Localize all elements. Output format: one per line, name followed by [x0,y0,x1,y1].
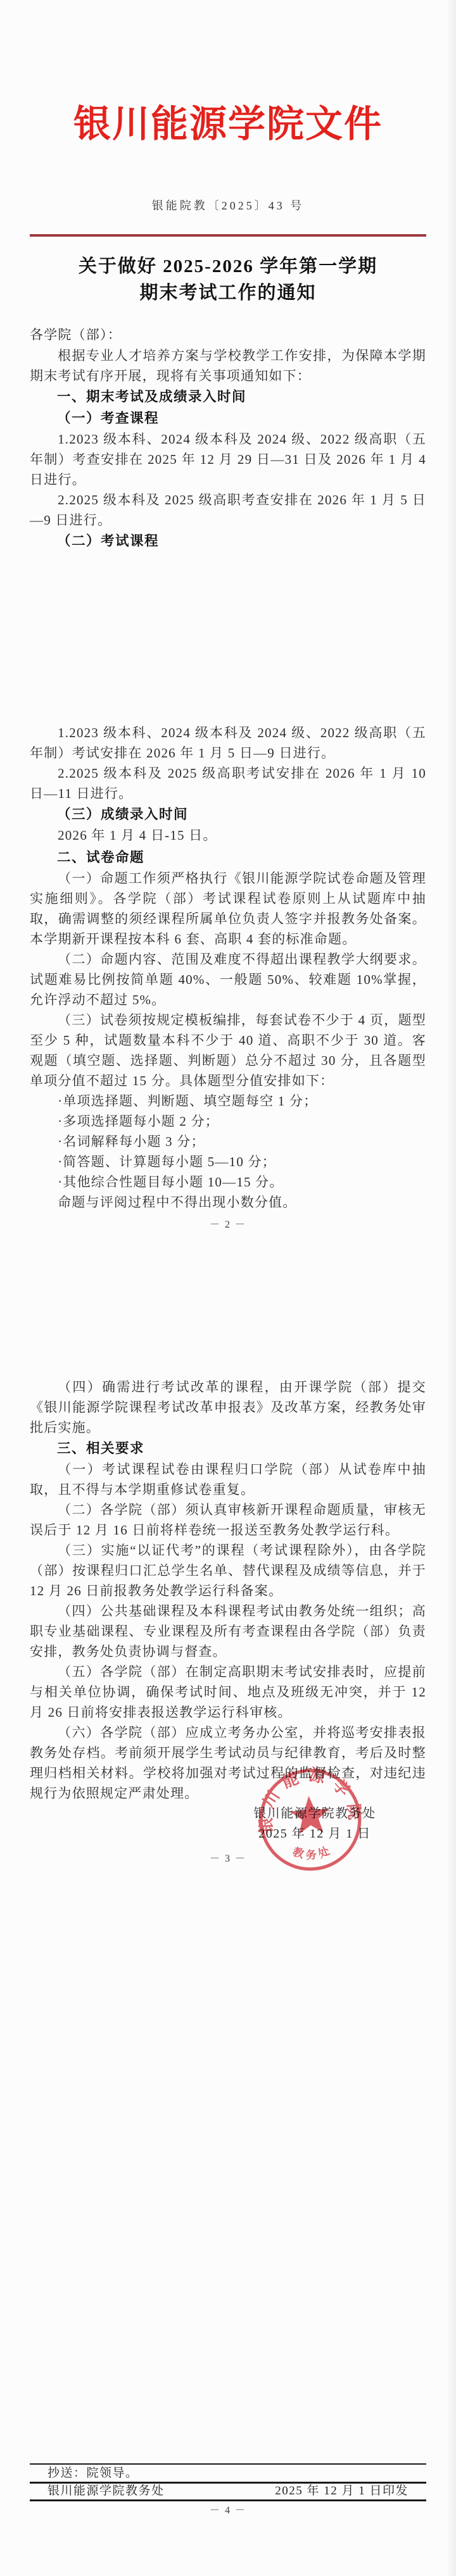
intro-paragraph: 根据专业人才培养方案与学校教学工作安排，为保障本学期期末考试有序开展，现将有关事… [30,345,426,386]
bullet-item: ·单项选择题、判断题、填空题每空 1 分； [30,1091,426,1111]
salutation: 各学院（部）： [30,324,426,345]
kaocha-item-2: 2.2025 级本科及 2025 级高职考查安排在 2026 年 1 月 5 日… [30,490,426,530]
yaoqiu-paragraph-4: （四）公共基础课程及本科课程考试由教务处统一组织；高职专业基础课程、专业课程及所… [30,1601,426,1662]
page-marker-2: － 2 － [0,1215,456,1235]
yaoqiu-paragraph-3: （三）实施“以证代考”的课程（考试课程除外），由各学院（部）按课程归口汇总学生名… [30,1540,426,1601]
footer-cc: 抄送：院领导。 [30,2463,426,2482]
page-marker-3: － 3 － [0,1849,456,1869]
footer-issuer: 银川能源学院教务处 [47,2484,165,2499]
yaoqiu-paragraph-2: （二）各学院（部）须认真审核新开课程命题质量，审核无误后于 12 月 16 日前… [30,1500,426,1540]
document-scan: 银川能源学院文件 银能院教〔2025〕43 号 关于做好 2025-2026 学… [0,0,456,2576]
mingti-paragraph-2: （二）命题内容、范围及难度不得超出课程教学大纲要求。试题难易比例按简单题 40%… [30,949,426,1010]
org-title: 银川能源学院文件 [30,101,426,147]
bullet-item: ·其他综合性题目每小题 10—15 分。 [30,1172,426,1192]
footer-issue-row: 银川能源学院教务处 2025 年 12 月 1 日印发 [30,2482,426,2501]
kaoshi-item-2: 2.2025 级本科及 2025 级高职考试安排在 2026 年 1 月 10 … [30,763,426,804]
section2-heading: 二、试卷命题 [30,847,426,868]
kaocha-item-1: 1.2023 级本科、2024 级本科及 2024 级、2022 级高职（五年制… [30,429,426,490]
yaoqiu-paragraph-5: （五）各学院（部）在制定高职期末考试安排表时，应提前与相关单位协调，确保考试时间… [30,1662,426,1722]
star-icon [289,1795,331,1834]
kaoshi-item-1: 1.2023 级本科、2024 级本科及 2024 级、2022 级高职（五年制… [30,723,426,763]
bullet-item: ·多项选择题每小题 2 分； [30,1111,426,1131]
section1-3-heading: （三）成绩录入时间 [30,804,426,825]
yaoqiu-paragraph-1: （一）考试课程试卷由课程归口学院（部）从试卷库中抽取，且不得与本学期重修试卷重复… [30,1459,426,1500]
bullet-item: ·简答题、计算题每小题 5—10 分； [30,1152,426,1172]
page-1-content: 银川能源学院文件 银能院教〔2025〕43 号 关于做好 2025-2026 学… [30,101,426,552]
scan-edge-shadow [446,0,456,2576]
mingti-paragraph-1: （一）命题工作须严格执行《银川能源学院试卷命题及管理实施细则》。各学院（部）考试… [30,868,426,949]
mingti-paragraph-3: （三）试卷须按规定模板编排，每套试卷不少于 4 页，题型至少 5 种，试题数量本… [30,1010,426,1091]
doc-title-line2: 期末考试工作的通知 [30,280,426,306]
section3-heading: 三、相关要求 [30,1438,426,1459]
mingti-paragraph-5: （四）确需进行考试改革的课程，由开课学院（部）提交《银川能源学院课程考试改革申报… [30,1377,426,1438]
yaoqiu-paragraph-6: （六）各学院（部）应成立考务办公室，并将巡考安排表报教务处存档。考前须开展学生考… [30,1722,426,1803]
page-2-content: 1.2023 级本科、2024 级本科及 2024 级、2022 级高职（五年制… [30,723,426,1212]
page-marker-4: － 4 － [0,2501,456,2521]
section1-1-heading: （一）考查课程 [30,408,426,429]
section1-2-heading: （二）考试课程 [30,530,426,552]
header-rule [30,234,426,237]
page-3-content: （四）确需进行考试改革的课程，由开课学院（部）提交《银川能源学院课程考试改革申报… [30,1377,426,1803]
luru-paragraph: 2026 年 1 月 4 日-15 日。 [30,825,426,845]
footer-block: 抄送：院领导。 银川能源学院教务处 2025 年 12 月 1 日印发 [30,2463,426,2501]
bullet-item: ·名词解释每小题 3 分； [30,1131,426,1152]
footer-print-date: 2025 年 12 月 1 日印发 [275,2484,408,2499]
section1-heading: 一、期末考试及成绩录入时间 [30,386,426,408]
mingti-paragraph-4: 命题与评阅过程中不得出现小数分值。 [30,1192,426,1212]
doc-number: 银能院教〔2025〕43 号 [30,196,426,215]
doc-title-line1: 关于做好 2025-2026 学年第一学期 [30,253,426,280]
